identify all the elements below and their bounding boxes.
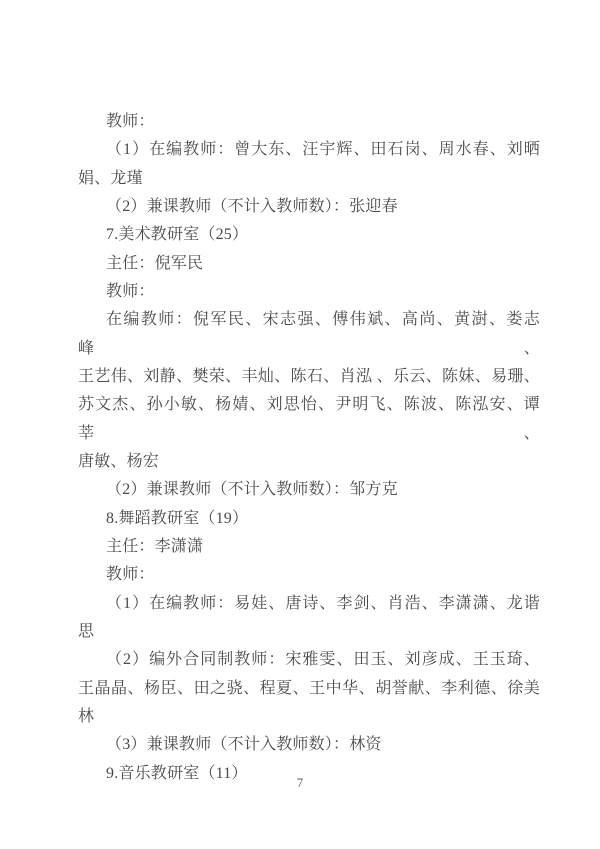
contract-teachers-continuation: 王晶晶、杨臣、田之骁、程夏、王中华、胡誉献、李利德、徐美 [78,675,540,703]
contract-teachers-continuation: 林 [78,703,540,731]
inlist-teachers-continuation: 娟、龙瑾 [78,165,540,193]
page-number: 7 [0,776,600,791]
inlist-teachers-line: 在编教师：倪军民、宋志强、傅伟斌、高尚、黄澍、娄志峰、 [78,306,540,363]
director-line: 主任：倪军民 [78,250,540,278]
document-page: 教师： （1）在编教师：曾大东、汪宇辉、田石岗、周水春、刘晒 娟、龙瑾 （2）兼… [0,0,600,849]
inlist-teachers-continuation: 苏文杰、孙小敏、杨婧、刘思怡、尹明飞、陈波、陈泓安、谭莘、 [78,391,540,448]
teachers-label: 教师： [78,278,540,306]
inlist-teachers-continuation: 唐敏、杨宏 [78,448,540,476]
inlist-teachers-continuation: 王艺伟、刘静、樊荣、丰灿、陈石、肖泓 、乐云、陈妹、易珊、 [78,363,540,391]
contract-teachers-line: （2）编外合同制教师：宋雅雯、田玉、刘彦成、王玉琦、 [78,646,540,674]
section-heading-art: 7.美术教研室（25） [78,221,540,249]
parttime-teacher-line: （3）兼课教师（不计入教师数）：林资 [78,731,540,759]
document-body: 教师： （1）在编教师：曾大东、汪宇辉、田石岗、周水春、刘晒 娟、龙瑾 （2）兼… [78,108,540,788]
teachers-label: 教师： [78,108,540,136]
director-line: 主任：李潇潇 [78,533,540,561]
inlist-teachers-continuation: 思 [78,618,540,646]
parttime-teacher-line: （2）兼课教师（不计入教师数）：邹方克 [78,476,540,504]
teachers-label: 教师： [78,561,540,589]
section-heading-dance: 8.舞蹈教研室（19） [78,505,540,533]
inlist-teachers-line: （1）在编教师：曾大东、汪宇辉、田石岗、周水春、刘晒 [78,136,540,164]
parttime-teacher-line: （2）兼课教师（不计入教师数）：张迎春 [78,193,540,221]
inlist-teachers-line: （1）在编教师：易娃、唐诗、李剑、肖浩、李潇潇、龙谐 [78,590,540,618]
